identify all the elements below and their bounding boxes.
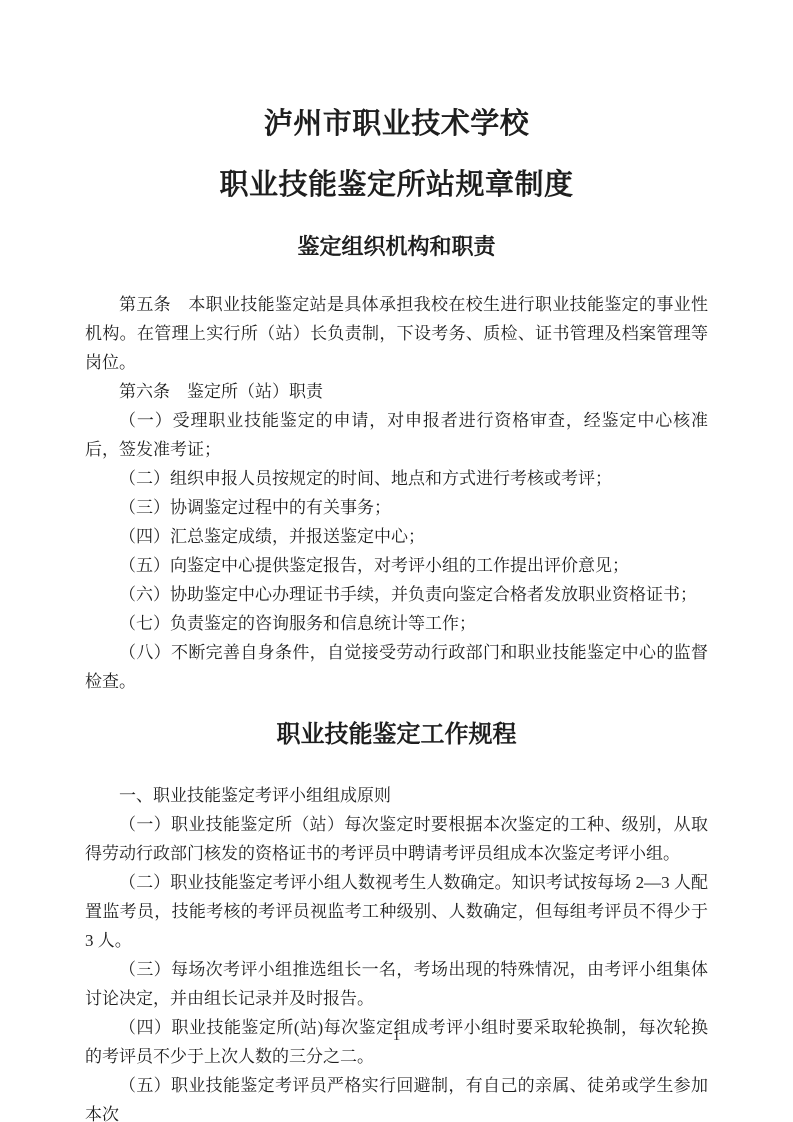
paragraph: （三）协调鉴定过程中的有关事务； bbox=[85, 493, 708, 522]
section-organization-duties: 鉴定组织机构和职责 第五条 本职业技能鉴定站是具体承担我校在校生进行职业技能鉴定… bbox=[85, 233, 708, 696]
section-paragraphs-procedure: 一、职业技能鉴定考评小组组成原则（一）职业技能鉴定所（站）每次鉴定时要根据本次鉴… bbox=[85, 781, 708, 1122]
page-number: 1 bbox=[0, 1026, 793, 1046]
document-title-line1: 泸州市职业技术学校 bbox=[85, 106, 708, 142]
paragraph: （三）每场次考评小组推选组长一名，考场出现的特殊情况，由考评小组集体讨论决定，并… bbox=[85, 955, 708, 1013]
section-heading-procedure: 职业技能鉴定工作规程 bbox=[85, 720, 708, 750]
paragraph: 第六条 鉴定所（站）职责 bbox=[85, 377, 708, 406]
paragraph: （五）职业技能鉴定考评员严格实行回避制，有自己的亲属、徒弟或学生参加本次 bbox=[85, 1071, 708, 1122]
paragraph: （七）负责鉴定的咨询服务和信息统计等工作； bbox=[85, 609, 708, 638]
section-paragraphs-organization: 第五条 本职业技能鉴定站是具体承担我校在校生进行职业技能鉴定的事业性机构。在管理… bbox=[85, 290, 708, 696]
paragraph: （五）向鉴定中心提供鉴定报告，对考评小组的工作提出评价意见； bbox=[85, 551, 708, 580]
section-work-procedure: 职业技能鉴定工作规程 一、职业技能鉴定考评小组组成原则（一）职业技能鉴定所（站）… bbox=[85, 720, 708, 1122]
paragraph: 一、职业技能鉴定考评小组组成原则 bbox=[85, 781, 708, 810]
paragraph: 第五条 本职业技能鉴定站是具体承担我校在校生进行职业技能鉴定的事业性机构。在管理… bbox=[85, 290, 708, 377]
document-page: 泸州市职业技术学校 职业技能鉴定所站规章制度 鉴定组织机构和职责 第五条 本职业… bbox=[0, 0, 793, 1122]
section-heading-organization: 鉴定组织机构和职责 bbox=[85, 233, 708, 261]
paragraph: （四）汇总鉴定成绩，并报送鉴定中心； bbox=[85, 522, 708, 551]
paragraph: （六）协助鉴定中心办理证书手续，并负责向鉴定合格者发放职业资格证书； bbox=[85, 580, 708, 609]
document-content: 泸州市职业技术学校 职业技能鉴定所站规章制度 鉴定组织机构和职责 第五条 本职业… bbox=[0, 0, 793, 1122]
paragraph: （八）不断完善自身条件，自觉接受劳动行政部门和职业技能鉴定中心的监督检查。 bbox=[85, 638, 708, 696]
document-title-line2: 职业技能鉴定所站规章制度 bbox=[85, 167, 708, 203]
paragraph: （一）职业技能鉴定所（站）每次鉴定时要根据本次鉴定的工种、级别，从取得劳动行政部… bbox=[85, 810, 708, 868]
paragraph: （二）职业技能鉴定考评小组人数视考生人数确定。知识考试按每场 2—3 人配置监考… bbox=[85, 868, 708, 955]
paragraph: （一）受理职业技能鉴定的申请，对申报者进行资格审查，经鉴定中心核准后，签发准考证… bbox=[85, 406, 708, 464]
paragraph: （二）组织申报人员按规定的时间、地点和方式进行考核或考评； bbox=[85, 464, 708, 493]
